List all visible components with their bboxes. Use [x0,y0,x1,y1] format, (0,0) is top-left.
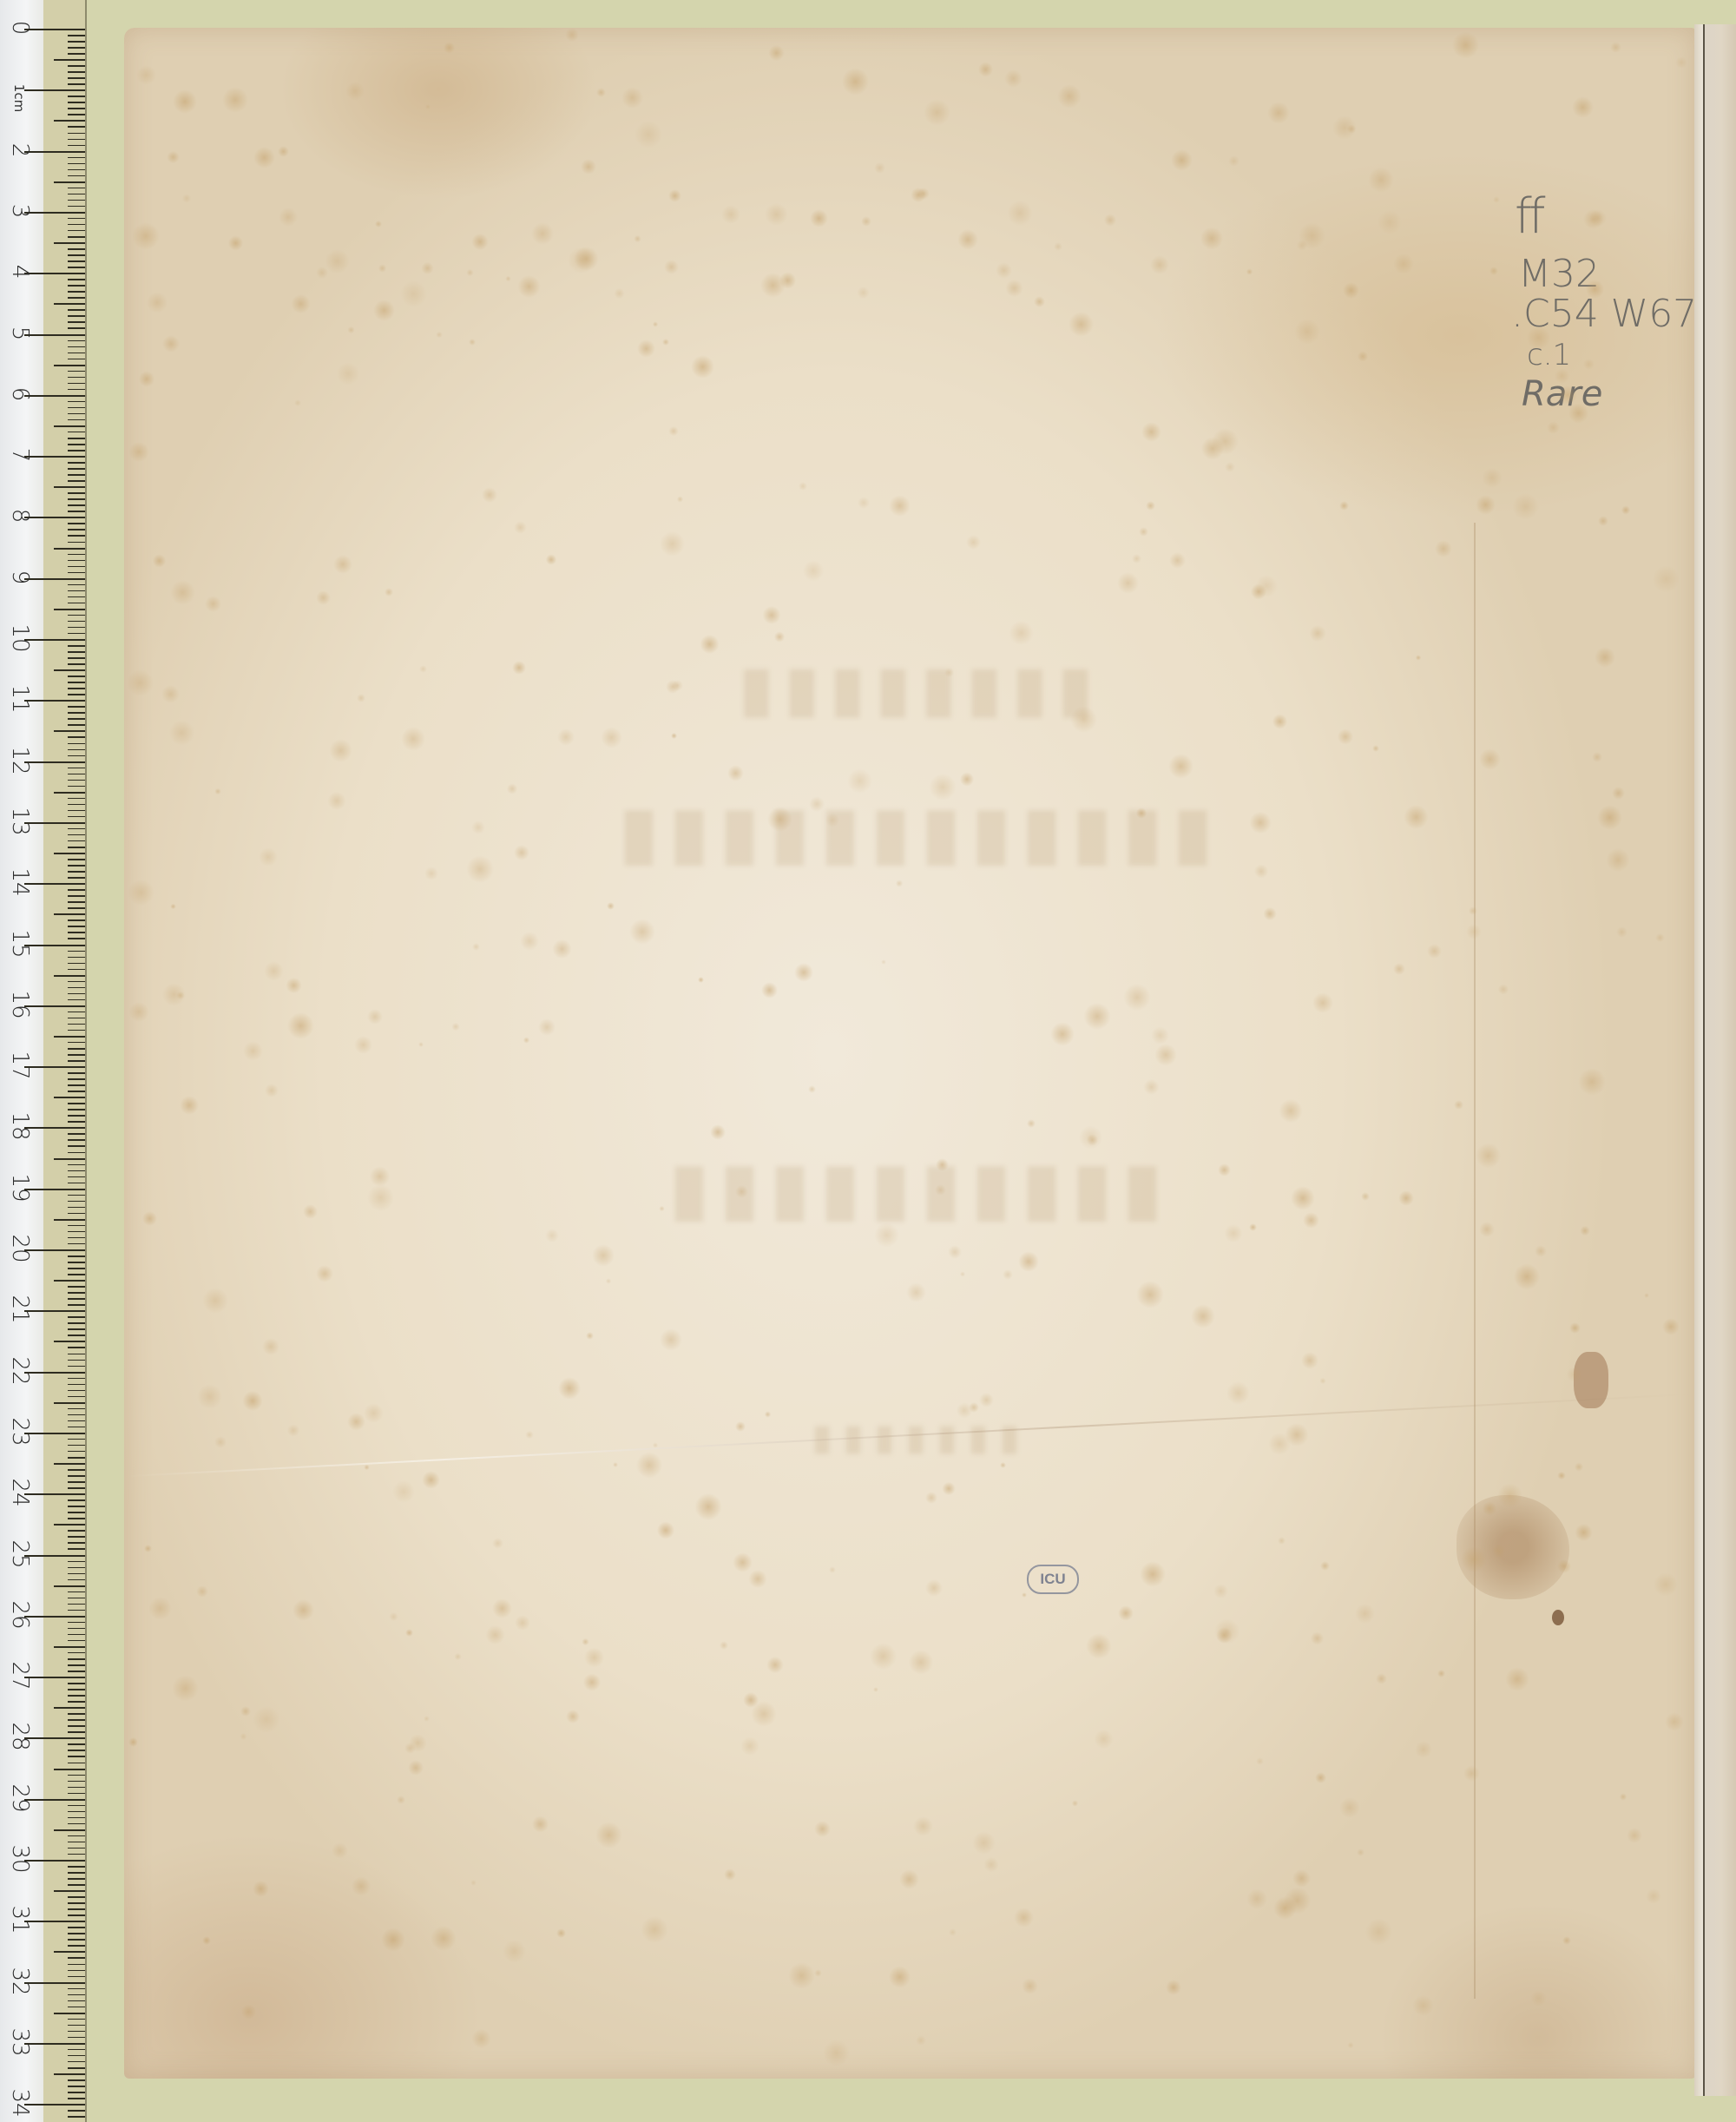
foxing-spot [1267,102,1291,125]
ruler-tick [24,2104,85,2106]
ruler-tick [68,694,85,695]
foxing-spot [279,208,298,227]
ruler-tick [68,1835,85,1837]
foxing-spot [847,768,872,794]
foxing-spot [1547,421,1559,433]
foxing-spot [979,1393,994,1407]
foxing-spot [1022,1978,1038,1994]
ruler-tick [24,1127,85,1129]
foxing-spot [373,300,395,321]
foxing-spot [1654,1572,1678,1597]
foxing-spot [367,1009,383,1025]
foxing-spot [1463,1765,1480,1782]
ruler-tick [68,1451,85,1453]
ruler-tick [68,1414,85,1416]
foxing-spot [1469,906,1477,915]
foxing-spot [727,765,744,781]
ruler-tick [68,1091,85,1092]
foxing-spot [1393,963,1405,975]
ruler-tick [68,1109,85,1110]
foxing-spot [557,728,575,746]
foxing-spot [514,521,527,534]
foxing-spot [286,978,302,994]
ruler-tick [68,1805,85,1807]
foxing-spot [471,2029,491,2049]
foxing-spot [1070,706,1097,733]
ruler-tick [68,480,85,482]
ruler-tick [54,1769,85,1770]
foxing-spot [1069,312,1094,337]
ruler-tick [54,59,85,61]
foxing-spot [240,1706,250,1716]
ruler-tick [54,425,85,427]
foxing-spot [422,1471,440,1489]
foxing-spot [1435,540,1452,557]
foxing-spot [629,919,656,946]
ruler-tick [68,77,85,79]
foxing-spot [1412,1995,1433,2016]
ruler-tick [68,810,85,812]
foxing-spot [574,247,598,271]
foxing-spot [794,963,813,982]
foxing-spot [565,28,579,42]
foxing-spot [241,2004,256,2019]
ruler-tick [68,993,85,995]
ruler-tick [68,743,85,745]
ruler-tick [68,35,85,36]
ruler-tick [68,1328,85,1330]
ruler-tick [68,1469,85,1471]
foxing-spot [1254,864,1269,879]
ruler-tick [68,981,85,983]
ruler-tick [68,1763,85,1764]
ruler-tick [68,523,85,524]
foxing-spot [1568,403,1589,424]
foxing-spot [144,1545,152,1552]
ruler-tick [68,645,85,647]
foxing-spot [916,2035,926,2046]
ruler-number: 12 [7,746,33,775]
foxing-spot [202,1288,228,1314]
foxing-spot [303,1204,318,1219]
foxing-spot [1154,1044,1177,1066]
ruler-tick [68,2007,85,2008]
ruler-tick [68,2031,85,2033]
ruler-number: 19 [7,1173,33,1203]
ruler-tick [68,279,85,280]
ruler-number: 2 [7,135,33,165]
ruler-tick [54,181,85,183]
ruler-tick [24,2043,85,2045]
ruler-tick [68,1499,85,1501]
ruler-tick [68,248,85,250]
ruler-tick [68,1048,85,1050]
ruler-tick [68,1536,85,1538]
foxing-spot [978,62,994,77]
ruler-tick [68,535,85,537]
ruler-tick [24,1860,85,1862]
foxing-spot [142,1211,157,1226]
foxing-spot [1278,1537,1285,1544]
foxing-spot [1512,493,1539,520]
ruler-tick [68,102,85,103]
ruler-tick [68,327,85,329]
foxing-spot [960,1271,966,1277]
ruler-tick [68,895,85,897]
ruler-number: 25 [7,1539,33,1569]
ruler-tick [68,615,85,616]
ruler-tick [54,1707,85,1709]
ruler-tick [68,1945,85,1947]
ruler-tick [68,657,85,659]
foxing-spot [400,280,427,307]
ruler-tick [68,1775,85,1776]
foxing-spot [1592,752,1602,762]
foxing-spot [944,668,954,677]
foxing-spot [364,1465,370,1471]
foxing-spot [532,1816,549,1832]
foxing-spot [1355,1604,1375,1624]
foxing-spot [1665,1712,1684,1731]
ruler-tick [68,1640,85,1642]
ruler-tick [24,945,85,946]
foxing-spot [621,87,643,109]
ruler-tick [68,682,85,683]
foxing-spot [327,792,345,810]
ruler-tick [54,1890,85,1892]
foxing-spot [660,1328,682,1351]
ruler-tick [24,1677,85,1678]
ruler-tick [68,2061,85,2063]
ruler-tick [68,297,85,299]
ruler-tick [68,2067,85,2069]
foxing-spot [451,1023,460,1031]
ruler-tick [68,554,85,556]
ruler-tick [68,1970,85,1972]
foxing-spot [1249,1223,1257,1231]
ruler-tick [68,2110,85,2112]
foxing-spot [949,1928,957,1936]
foxing-spot [1123,984,1150,1011]
foxing-spot [1136,1281,1164,1308]
ruler-tick [68,1408,85,1410]
ruler-tick [68,712,85,714]
foxing-spot [1268,1433,1291,1455]
ruler-tick [24,822,85,824]
foxing-spot [167,151,180,164]
foxing-spot [472,943,481,952]
ruler-tick [68,41,85,43]
ruler-tick [24,639,85,641]
ruler-number: 27 [7,1661,33,1690]
foxing-spot [347,326,354,333]
foxing-spot [635,121,661,148]
ruler-tick [68,1811,85,1813]
ruler-tick [68,1939,85,1941]
foxing-spot [925,1579,943,1597]
ruler-tick [54,730,85,732]
foxing-spot [1003,1269,1013,1280]
foxing-spot [972,1831,996,1855]
ruler-tick [68,2000,85,2002]
foxing-spot [485,1625,504,1644]
foxing-spot [694,1493,721,1520]
ruler-tick [68,260,85,262]
ruler-tick [68,1243,85,1245]
ruler-tick [68,1725,85,1727]
ruler-tick [68,633,85,635]
ruler-tick [68,1878,85,1880]
ruler-unit-label: 1cm [11,84,27,112]
ruler-tick [54,2073,85,2075]
ruler-number: 29 [7,1783,33,1813]
foxing-spot [942,1482,955,1495]
ruler-tick [68,1598,85,1599]
foxing-spot [653,321,659,327]
foxing-spot [889,1966,911,1987]
ruler-tick [68,1957,85,1959]
ruler-tick [54,1463,85,1465]
foxing-spot [767,807,792,832]
foxing-spot [228,235,243,250]
ruler-tick [68,1787,85,1789]
foxing-spot [601,727,622,748]
ruler-tick [68,1731,85,1733]
foxing-spot [558,1377,581,1400]
ruler-tick [68,407,85,409]
foxing-spot [389,1612,398,1622]
ruler-tick [68,47,85,49]
ruler-tick [68,432,85,433]
foxing-spot [614,288,624,299]
foxing-spot [182,194,191,202]
ruler-tick [68,768,85,769]
foxing-spot [1294,319,1320,345]
foxing-spot [766,1657,783,1673]
foxing-spot [671,733,677,739]
ruler-tick [54,1402,85,1404]
ruler-tick [68,651,85,653]
ruler-tick [68,1457,85,1459]
ruler-tick [68,267,85,268]
ruler-tick [68,1334,85,1336]
foxing-spot [960,772,974,786]
ruler-tick [68,1542,85,1544]
ruler-tick [24,700,85,702]
foxing-spot [691,355,714,379]
ruler-number: 26 [7,1600,33,1630]
foxing-spot [861,216,872,227]
ruler-number: 8 [7,501,33,530]
foxing-spot [581,159,597,175]
ruler-tick [68,175,85,177]
ruler-tick [68,1671,85,1672]
foxing-spot [748,1570,767,1589]
foxing-spot [367,1184,394,1211]
ruler-tick [68,1548,85,1550]
ruler-tick [68,1695,85,1697]
foxing-spot [345,82,365,101]
ruler-tick [24,1005,85,1007]
ruler-tick [68,65,85,67]
ruler-tick [68,1225,85,1227]
ruler-tick [68,169,85,171]
ruler-tick [68,1078,85,1080]
ruler-tick [68,114,85,115]
document-page: ▮▮▮▮▮▮▮▮ ▮▮▮▮▮▮▮▮▮▮▮▮ ▮▮▮▮▮▮▮▮▮▮ ▮▮▮▮▮▮▮… [124,28,1695,2079]
foxing-spot [1279,1099,1302,1123]
foxing-spot [1009,621,1033,645]
foxing-spot [278,146,289,157]
foxing-spot [253,1706,279,1733]
foxing-spot [1368,167,1394,193]
foxing-spot [858,497,870,509]
ruler-tick [68,1268,85,1269]
ruler-tick [68,1743,85,1745]
foxing-spot [132,222,159,249]
foxing-spot [424,867,438,880]
ruler-tick [68,840,85,842]
foxing-spot [1598,516,1608,526]
ruler-tick [68,1255,85,1257]
ruler-tick [68,1427,85,1428]
ruler-tick [24,1555,85,1557]
foxing-spot [1166,1980,1180,1994]
foxing-spot [1005,280,1023,297]
foxing-spot [1575,1462,1584,1472]
ruler-tick [68,474,85,476]
ruler-tick [54,913,85,915]
ruler-tick [24,1372,85,1374]
foxing-spot [634,235,641,243]
ruler-tick [68,999,85,1001]
foxing-spot [1014,1908,1034,1928]
foxing-spot [1527,326,1550,349]
ruler-tick [24,1310,85,1312]
ruler-tick [68,1176,85,1178]
foxing-spot [293,1599,314,1621]
ruler-tick [24,1493,85,1495]
ruler-tick [68,1164,85,1166]
ruler-tick [54,242,85,244]
ruler-tick [68,1604,85,1605]
foxing-spot [842,68,870,96]
ruler-tick-zone [43,0,87,2122]
foxing-spot [1249,812,1272,834]
ruler-tick [68,2092,85,2093]
ruler-tick [68,816,85,818]
ruler-tick [68,389,85,391]
foxing-spot [1653,565,1680,592]
foxing-spot [1004,69,1023,88]
foxing-spot [1586,280,1605,299]
foxing-spot [1483,1501,1496,1515]
ruler-tick [68,572,85,574]
foxing-spot [431,1926,457,1952]
ruler-tick [68,675,85,677]
ruler-tick [68,1622,85,1624]
ruler-tick [68,359,85,360]
foxing-spot [1319,1378,1326,1385]
foxing-spot [262,1338,279,1355]
ruler-tick [68,901,85,903]
ruler-tick [54,1158,85,1160]
ruler-tick [24,1921,85,1922]
page-edge [1694,24,1703,2096]
ruler-number: 9 [7,563,33,592]
foxing-spot [1255,575,1278,597]
ruler-tick [54,609,85,610]
ruler-tick [68,1964,85,1966]
foxing-spot [1086,1633,1112,1659]
ruler-tick [68,560,85,562]
foxing-spot [1000,1462,1006,1468]
ruler-tick [68,1274,85,1275]
ruler-tick [54,1097,85,1098]
foxing-spot [586,1332,595,1341]
ruler-tick [68,1237,85,1239]
foxing-spot [1557,1559,1571,1573]
foxing-spot [917,188,930,201]
ruler-number: 14 [7,867,33,897]
foxing-spot [700,635,719,654]
foxing-spot [405,1629,413,1637]
ruler-tick [68,603,85,604]
foxing-spot [668,426,679,437]
ruler-tick [68,1030,85,1031]
foxing-spot [733,1552,753,1572]
ruler-tick [68,1683,85,1684]
foxing-spot [556,1928,566,1938]
ruler-tick [68,1530,85,1532]
foxing-spot [761,982,778,998]
ruler-tick [68,254,85,256]
foxing-spot [139,371,155,387]
foxing-spot [948,1245,962,1259]
ruler-tick [68,938,85,939]
ruler-tick [24,395,85,397]
ruler-tick [68,2098,85,2099]
ruler-tick [68,1152,85,1154]
foxing-spot [1272,714,1288,729]
foxing-spot [517,275,540,298]
foxing-spot [466,855,494,883]
foxing-spot [814,1821,831,1837]
foxing-spot [1007,201,1032,226]
foxing-spot [316,590,331,605]
ruler-tick [68,584,85,586]
foxing-spot [966,535,981,550]
ruler-tick [54,1585,85,1587]
ruler-tick [68,126,85,128]
ruler-tick [68,1231,85,1233]
ruler-number: 33 [7,2027,33,2057]
foxing-spot [1530,1990,1547,2007]
ruler-tick [68,1121,85,1123]
ruler-tick [68,1018,85,1019]
ruler-tick [68,1024,85,1025]
foxing-spot [592,1244,615,1267]
ruler-tick [68,566,85,568]
foxing-spot [205,596,221,612]
foxing-spot [1514,1263,1541,1290]
foxing-spot [743,1692,759,1708]
ruler-tick [68,2116,85,2118]
foxing-spot [1482,468,1502,488]
foxing-spot [909,1650,933,1674]
foxing-spot [1246,1888,1267,1909]
foxing-spot [240,1733,247,1740]
